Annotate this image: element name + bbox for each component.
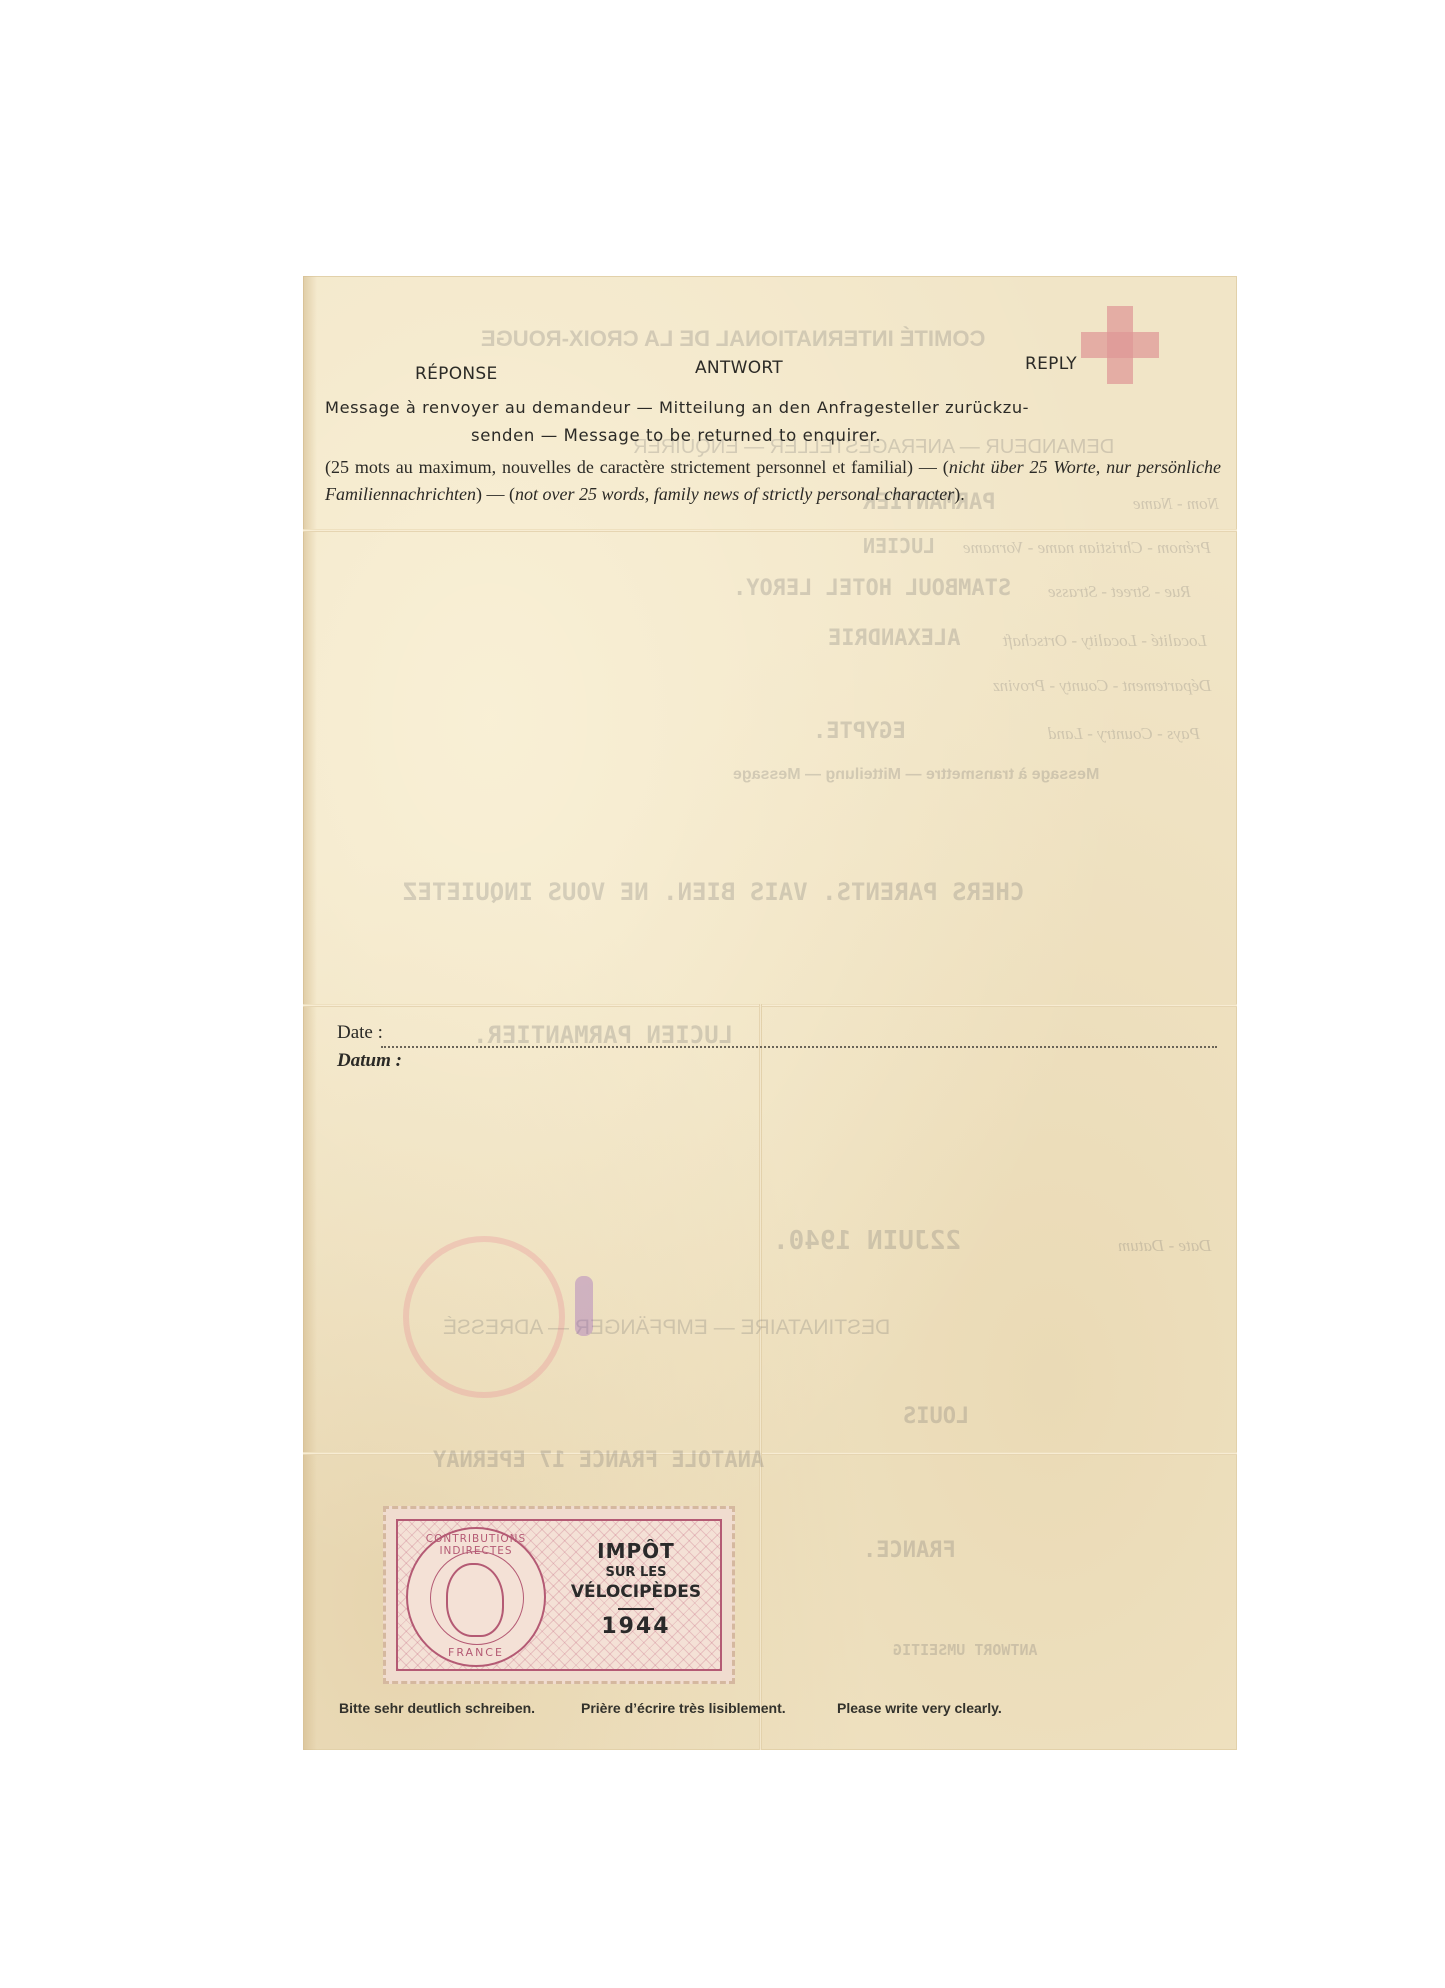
bleed-departement-label: Département - County - Provinz	[993, 676, 1211, 696]
message-form-sheet: COMITÉ INTERNATIONAL DE LA CROIX-ROUGE D…	[303, 276, 1237, 1750]
date-field-line[interactable]	[381, 1046, 1217, 1048]
instruction-line-1: Message à renvoyer au demandeur — Mittei…	[325, 398, 1029, 417]
red-cross-icon	[1081, 306, 1159, 384]
heading-reponse: RÉPONSE	[415, 364, 498, 384]
bleed-rue-value: STAMBOUL HOTEL LEROY.	[733, 576, 1011, 601]
bleed-rue-label: Rue - Street - Strasse	[1048, 582, 1191, 602]
bleed-antwort-umseitig: ANTWORT UMSEITIG	[893, 1641, 1038, 1659]
bleed-localite-label: Localité - Locality - Ortschaft	[1003, 631, 1207, 651]
paper-edge-shadow	[303, 276, 317, 1750]
bleed-pays-label: Pays - Country - Land	[1048, 724, 1200, 744]
stamp-title: IMPÔT	[550, 1539, 722, 1563]
datum-label: Datum :	[337, 1050, 402, 1072]
stamp-year: 1944	[550, 1614, 722, 1639]
ink-blot	[575, 1276, 593, 1336]
footer-instruction-fr: Prière d’écrire très lisiblement.	[581, 1700, 786, 1716]
bleed-dest-pays-value: FRANCE.	[863, 1538, 956, 1563]
bleed-localite-value: ALEXANDRIE	[828, 626, 960, 651]
red-cross-ink-stamp-faded	[403, 1236, 565, 1398]
bleed-message-label: Message à transmettre — Mitteilung — Mes…	[733, 766, 1099, 784]
stamp-category: VÉLOCIPÈDES	[550, 1582, 722, 1602]
footer-instruction-en: Please write very clearly.	[837, 1700, 1002, 1716]
bleed-dest-prenom-value: LOUIS	[903, 1404, 969, 1429]
marianne-medallion-icon: CONTRIBUTIONS INDIRECTES FRANCE	[406, 1527, 546, 1667]
fold-crease-vertical	[759, 1004, 762, 1750]
bleed-date-label: Date - Datum	[1118, 1236, 1211, 1256]
word-limit-note: (25 mots au maximum, nouvelles de caract…	[325, 454, 1221, 508]
bleed-pays-value: EGYPTE.	[813, 719, 906, 744]
bleed-dest-rue-value: ANATOLE FRANCE 17 EPERNAY	[433, 1448, 764, 1473]
tax-stamp: CONTRIBUTIONS INDIRECTES FRANCE IMPÔT SU…	[383, 1506, 735, 1684]
bleed-signature: LUCIEN PARMANTIER.	[473, 1021, 733, 1049]
fold-crease	[303, 529, 1237, 532]
heading-antwort: ANTWORT	[695, 358, 783, 378]
stamp-subtitle: SUR LES	[550, 1565, 722, 1580]
heading-reply: REPLY	[1025, 354, 1077, 374]
instruction-line-2: senden — Message to be returned to enqui…	[471, 426, 881, 445]
footer-instruction-de: Bitte sehr deutlich schreiben.	[339, 1700, 535, 1716]
bleed-prenom-value: LUCIEN	[863, 534, 935, 558]
bleed-date-value: 22JUIN 1940.	[773, 1226, 961, 1256]
date-label: Date :	[337, 1022, 383, 1044]
bleed-org-title: COMITÉ INTERNATIONAL DE LA CROIX-ROUGE	[481, 326, 985, 352]
bleed-message-text: CHERS PARENTS. VAIS BIEN. NE VOUS INQUIE…	[403, 878, 1024, 906]
bleed-prenom-label: Prénom - Christian name - Vorname	[963, 538, 1211, 558]
fold-crease	[303, 1004, 1237, 1007]
